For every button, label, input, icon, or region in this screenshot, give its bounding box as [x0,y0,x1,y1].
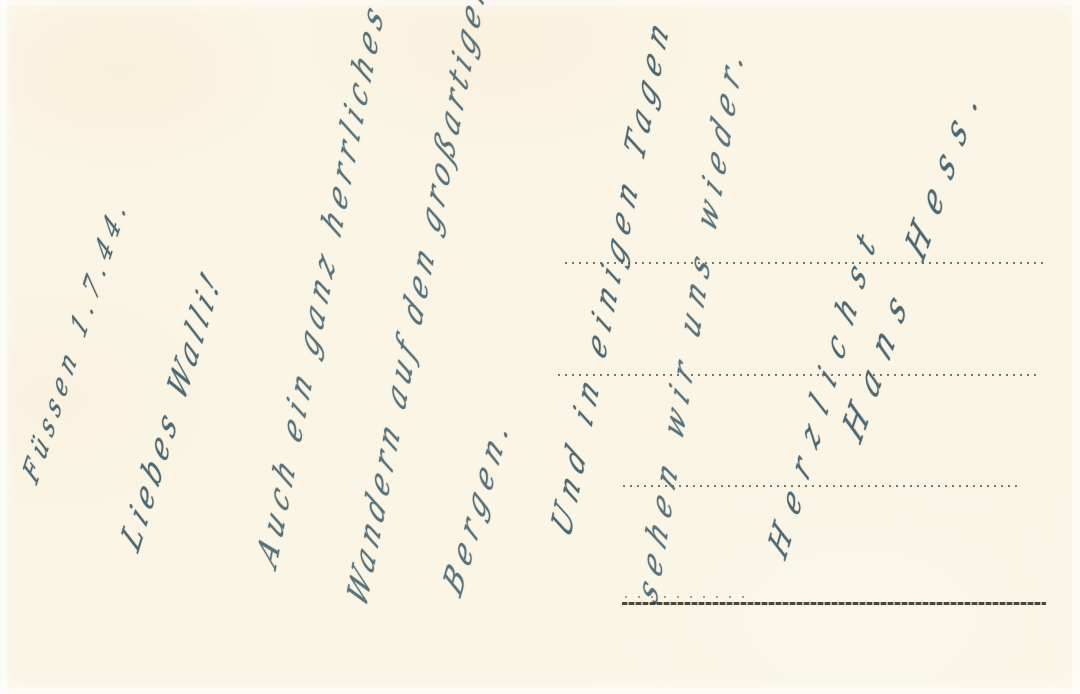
scan-edge-bottom [0,688,1080,694]
handwritten-date-line: Füssen 1.7.44. [18,185,133,490]
postcard-back: Füssen 1.7.44. Liebes Walli! Auch ein ga… [0,0,1080,694]
scan-edge-top [0,0,1080,5]
handwritten-body-line-3: Bergen. [438,402,517,605]
address-sparse-dotted-line [625,596,747,598]
scan-edge-right [1072,0,1080,694]
scan-edge-left [0,0,7,694]
address-dotted-line-3 [623,485,1022,487]
address-dotted-line-2 [558,374,1037,376]
address-bottom-rule-line [622,602,1046,605]
handwritten-greeting-line: Liebes Walli! [116,258,228,560]
address-dotted-line-1 [565,262,1047,264]
